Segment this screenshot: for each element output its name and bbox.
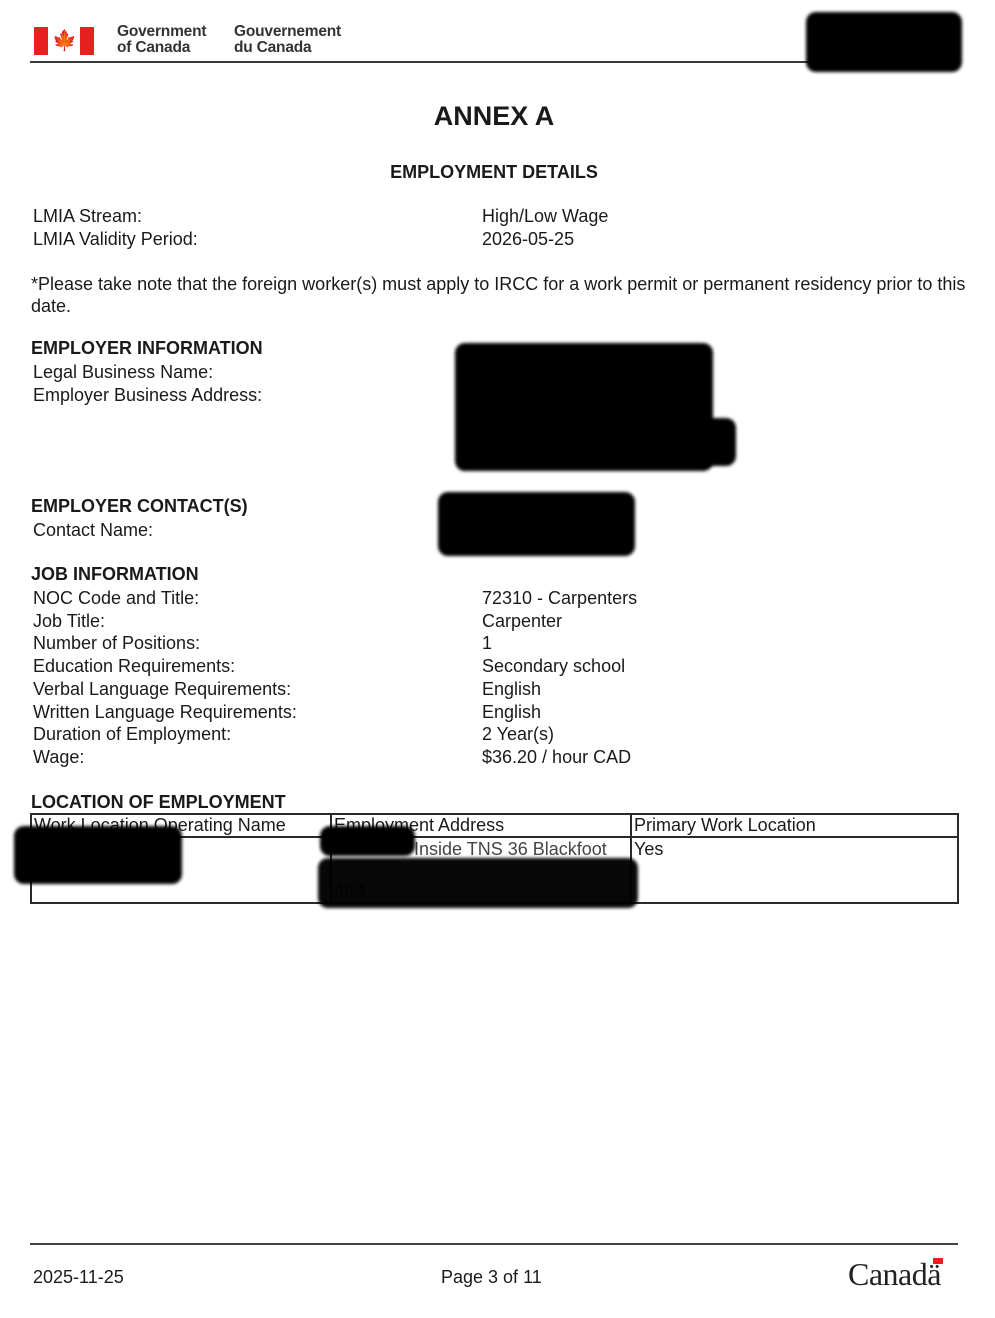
lmia-validity-value: 2026-05-25	[482, 228, 574, 250]
job-field-value: Carpenter	[482, 610, 562, 632]
redaction-employer-info-edge	[700, 418, 736, 466]
page-title: ANNEX A	[0, 101, 988, 132]
gov-en-line1: Government	[117, 24, 206, 40]
job-field-value: 2 Year(s)	[482, 723, 554, 745]
redaction-address-top	[320, 826, 415, 856]
job-field-value: English	[482, 701, 541, 723]
job-field-label: Duration of Employment:	[33, 723, 231, 745]
column-header-primary: Primary Work Location	[631, 814, 958, 837]
footer-divider	[30, 1243, 958, 1245]
location-heading: LOCATION OF EMPLOYMENT	[31, 792, 286, 813]
job-field-value: 1	[482, 632, 492, 654]
canada-wordmark-text: Canadä	[848, 1256, 941, 1292]
job-field-value: 72310 - Carpenters	[482, 587, 637, 609]
gov-fr-line1: Gouvernement	[234, 24, 341, 40]
lmia-stream-value: High/Low Wage	[482, 205, 608, 227]
job-field-label: Education Requirements:	[33, 655, 235, 677]
job-information-heading: JOB INFORMATION	[31, 564, 199, 585]
redaction-employer-info	[455, 343, 713, 471]
legal-business-name-label: Legal Business Name:	[33, 361, 213, 383]
redaction-contact	[438, 492, 635, 556]
canada-flag-icon: 🍁	[34, 27, 94, 55]
gov-en-line2: of Canada	[117, 40, 206, 56]
lmia-stream-label: LMIA Stream:	[33, 205, 142, 227]
employer-information-heading: EMPLOYER INFORMATION	[31, 338, 263, 359]
lmia-validity-label: LMIA Validity Period:	[33, 228, 198, 250]
job-field-value: English	[482, 678, 541, 700]
cell-primary: Yes	[631, 837, 958, 903]
job-field-label: Wage:	[33, 746, 84, 768]
job-field-label: Verbal Language Requirements:	[33, 678, 291, 700]
mini-flag-icon	[933, 1258, 943, 1264]
page-number: Page 3 of 11	[441, 1267, 542, 1288]
job-field-value: Secondary school	[482, 655, 625, 677]
job-field-label: Written Language Requirements:	[33, 701, 297, 723]
job-field-value: $36.20 / hour CAD	[482, 746, 631, 768]
gov-fr-line2: du Canada	[234, 40, 341, 56]
job-field-label: Job Title:	[33, 610, 105, 632]
job-field-label: Number of Positions:	[33, 632, 200, 654]
gov-fr-signature: Gouvernement du Canada	[234, 24, 341, 56]
redaction-header	[806, 12, 962, 72]
redaction-operating-name	[14, 826, 182, 884]
employer-contacts-heading: EMPLOYER CONTACT(S)	[31, 496, 248, 517]
redaction-address-bottom	[318, 858, 638, 908]
gov-en-signature: Government of Canada	[117, 24, 206, 56]
header-divider	[30, 61, 810, 63]
validity-note: *Please take note that the foreign worke…	[31, 273, 966, 317]
contact-name-label: Contact Name:	[33, 519, 153, 541]
footer-date: 2025-11-25	[33, 1267, 124, 1288]
job-field-label: NOC Code and Title:	[33, 587, 199, 609]
employer-address-label: Employer Business Address:	[33, 384, 262, 406]
canada-wordmark: Canadä	[848, 1256, 941, 1293]
section-title: EMPLOYMENT DETAILS	[0, 162, 988, 183]
